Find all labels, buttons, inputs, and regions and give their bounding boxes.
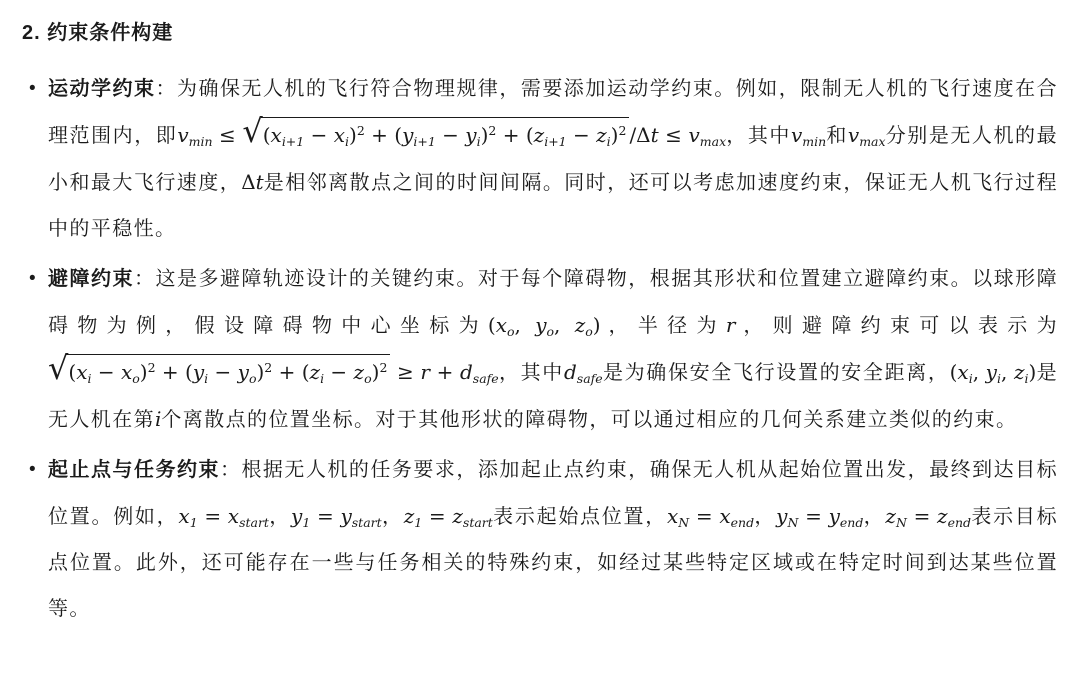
math-operator: + ( bbox=[365, 123, 402, 147]
math-operator: − bbox=[567, 123, 596, 147]
inline-math: √(xi − xo)2 + (yi − yo)2 + (zi − zo)2 ≥ … bbox=[48, 360, 499, 384]
math-operator: + ( bbox=[156, 360, 193, 384]
math-variable: y bbox=[193, 360, 204, 384]
math-variable: z bbox=[452, 504, 463, 528]
inline-math: r bbox=[726, 313, 736, 337]
math-operator: + ( bbox=[272, 360, 309, 384]
math-variable: d bbox=[460, 360, 473, 384]
sqrt-radical: √(xi − xo)2 + (yi − yo)2 + (zi − zo)2 bbox=[48, 352, 390, 384]
math-variable: x bbox=[334, 123, 345, 147]
math-operator: = bbox=[798, 504, 828, 528]
bullet-paragraph: 起止点与任务约束：根据无人机的任务要求，添加起止点约束，确保无人机从起始位置出发… bbox=[48, 459, 1058, 620]
math-operator: /Δ bbox=[629, 123, 650, 147]
bullet-list: •运动学约束：为确保无人机的飞行符合物理规律，需要添加运动学约束。例如，限制无人… bbox=[22, 66, 1058, 632]
inline-math: xN = xend bbox=[667, 504, 754, 528]
body-text: 个离散点的位置坐标。对于其他形状的障碍物，可以通过相应的几何关系建立类似的约束。 bbox=[161, 409, 1017, 431]
math-subscript: N bbox=[787, 515, 798, 530]
math-operator: = bbox=[422, 504, 452, 528]
math-subscript: end bbox=[731, 515, 754, 530]
math-variable: r bbox=[420, 360, 430, 384]
math-operator: = bbox=[310, 504, 340, 528]
math-subscript: o bbox=[547, 324, 555, 339]
math-variable: z bbox=[1014, 360, 1025, 384]
math-variable: x bbox=[957, 360, 968, 384]
math-subscript: N bbox=[896, 515, 907, 530]
math-variable: y bbox=[535, 313, 546, 337]
radicand: (xi+1 − xi)2 + (yi+1 − yi)2 + (zi+1 − zi… bbox=[261, 117, 630, 147]
bullet-label-colon: ： bbox=[134, 268, 156, 290]
math-subscript: N bbox=[678, 515, 689, 530]
math-subscript: min bbox=[189, 134, 213, 149]
math-subscript: i+1 bbox=[282, 134, 304, 149]
math-operator: + ( bbox=[496, 123, 533, 147]
math-subscript: max bbox=[700, 134, 726, 149]
math-subscript: max bbox=[859, 134, 885, 149]
math-subscript: o bbox=[364, 371, 372, 386]
math-subscript: o bbox=[132, 371, 140, 386]
math-operator: , bbox=[515, 313, 536, 337]
radical-icon: √ bbox=[48, 352, 68, 384]
body-text: 和 bbox=[826, 125, 848, 147]
math-variable: y bbox=[340, 504, 351, 528]
math-operator: − bbox=[208, 360, 237, 384]
math-variable: z bbox=[404, 504, 415, 528]
math-subscript: 1 bbox=[190, 515, 198, 530]
math-operator: ( bbox=[263, 123, 271, 147]
inline-math: z1 = zstart bbox=[404, 504, 493, 528]
bullet-marker-icon: • bbox=[29, 66, 36, 112]
math-variable: y bbox=[238, 360, 249, 384]
math-variable: v bbox=[688, 123, 699, 147]
math-subscript: start bbox=[352, 515, 382, 530]
bullet-item: •避障约束：这是多避障轨迹设计的关键约束。对于每个障碍物，根据其形状和位置建立避… bbox=[22, 256, 1058, 443]
math-operator: , bbox=[554, 313, 575, 337]
inline-math: zN = zend bbox=[885, 504, 971, 528]
bullet-label-colon: ： bbox=[220, 459, 242, 481]
bullet-item: •起止点与任务约束：根据无人机的任务要求，添加起止点约束，确保无人机从起始位置出… bbox=[22, 447, 1058, 632]
bullet-marker-icon: • bbox=[29, 447, 36, 493]
math-operator: − bbox=[436, 123, 465, 147]
bullet-label: 避障约束 bbox=[48, 268, 134, 290]
math-variable: x bbox=[719, 504, 730, 528]
math-subscript: safe bbox=[577, 371, 603, 386]
math-variable: y bbox=[986, 360, 997, 384]
math-variable: y bbox=[291, 504, 302, 528]
math-variable: y bbox=[829, 504, 840, 528]
math-operator: − bbox=[324, 360, 353, 384]
math-superscript: 2 bbox=[357, 123, 365, 138]
math-variable: d bbox=[564, 360, 577, 384]
math-operator: = bbox=[689, 504, 719, 528]
math-subscript: start bbox=[239, 515, 269, 530]
inline-math: vmin bbox=[791, 123, 826, 147]
math-variable: z bbox=[937, 504, 948, 528]
math-subscript: safe bbox=[473, 371, 499, 386]
bullet-label: 运动学约束 bbox=[48, 78, 155, 100]
math-operator: + bbox=[430, 360, 460, 384]
body-text: ，半径为 bbox=[601, 315, 726, 337]
math-superscript: 2 bbox=[148, 360, 156, 375]
bullet-paragraph: 避障约束：这是多避障轨迹设计的关键约束。对于每个障碍物，根据其形状和位置建立避障… bbox=[48, 268, 1058, 431]
bullet-item: •运动学约束：为确保无人机的飞行符合物理规律，需要添加运动学约束。例如，限制无人… bbox=[22, 66, 1058, 252]
bullet-paragraph: 运动学约束：为确保无人机的飞行符合物理规律，需要添加运动学约束。例如，限制无人机… bbox=[48, 78, 1058, 240]
math-variable: x bbox=[121, 360, 132, 384]
bullet-label: 起止点与任务约束 bbox=[48, 459, 220, 481]
math-variable: x bbox=[76, 360, 87, 384]
math-operator: ) bbox=[140, 360, 148, 384]
math-variable: z bbox=[534, 123, 545, 147]
document-page: 2. 约束条件构建 •运动学约束：为确保无人机的飞行符合物理规律，需要添加运动学… bbox=[0, 0, 1080, 632]
math-operator: ≤ bbox=[213, 123, 243, 147]
math-subscript: o bbox=[507, 324, 515, 339]
math-variable: x bbox=[178, 504, 189, 528]
math-variable: x bbox=[271, 123, 282, 147]
math-variable: r bbox=[726, 313, 736, 337]
math-operator: ) bbox=[349, 123, 357, 147]
math-variable: x bbox=[496, 313, 507, 337]
math-operator: ) bbox=[593, 313, 601, 337]
math-variable: y bbox=[402, 123, 413, 147]
body-text: ，则避障约束可以表示为 bbox=[735, 315, 1058, 337]
inline-math: y1 = ystart bbox=[291, 504, 382, 528]
math-operator: Δ bbox=[241, 170, 255, 194]
math-subscript: start bbox=[463, 515, 493, 530]
inline-math: Δt bbox=[241, 170, 264, 194]
math-variable: v bbox=[848, 123, 859, 147]
math-variable: t bbox=[256, 170, 264, 194]
math-operator: ≥ bbox=[390, 360, 420, 384]
math-operator: − bbox=[91, 360, 120, 384]
bullet-label-colon: ： bbox=[155, 78, 177, 100]
math-subscript: i+1 bbox=[413, 134, 435, 149]
math-variable: y bbox=[465, 123, 476, 147]
body-text: ，其中 bbox=[499, 362, 564, 384]
bullet-marker-icon: • bbox=[29, 256, 36, 302]
page-title: 2. 约束条件构建 bbox=[22, 18, 1058, 48]
inline-math: (xo, yo, zo) bbox=[488, 313, 601, 337]
math-variable: y bbox=[776, 504, 787, 528]
math-variable: x bbox=[228, 504, 239, 528]
math-operator: ≤ bbox=[659, 123, 689, 147]
radicand: (xi − xo)2 + (yi − yo)2 + (zi − zo)2 bbox=[66, 354, 390, 384]
math-variable: z bbox=[575, 313, 586, 337]
math-superscript: 2 bbox=[379, 360, 387, 375]
math-operator: , bbox=[1001, 360, 1014, 384]
radical-icon: √ bbox=[242, 115, 262, 147]
math-subscript: end bbox=[948, 515, 971, 530]
math-variable: z bbox=[596, 123, 607, 147]
math-operator: = bbox=[907, 504, 937, 528]
math-variable: z bbox=[354, 360, 365, 384]
math-subscript: o bbox=[585, 324, 593, 339]
math-variable: z bbox=[885, 504, 896, 528]
inline-math: (xi, yi, zi) bbox=[950, 360, 1037, 384]
math-variable: t bbox=[651, 123, 659, 147]
sqrt-radical: √(xi+1 − xi)2 + (yi+1 − yi)2 + (zi+1 − z… bbox=[242, 115, 629, 147]
inline-math: yN = yend bbox=[776, 504, 863, 528]
body-text: 是为确保安全飞行设置的安全距离， bbox=[603, 362, 950, 384]
math-variable: v bbox=[791, 123, 802, 147]
math-operator: , bbox=[973, 360, 986, 384]
math-variable: z bbox=[310, 360, 321, 384]
math-subscript: i+1 bbox=[544, 134, 566, 149]
inline-math: vmin ≤ √(xi+1 − xi)2 + (yi+1 − yi)2 + (z… bbox=[177, 123, 726, 147]
math-operator: ( bbox=[488, 313, 496, 337]
math-operator: − bbox=[304, 123, 333, 147]
math-subscript: min bbox=[802, 134, 826, 149]
inline-math: x1 = xstart bbox=[178, 504, 269, 528]
inline-math: vmax bbox=[848, 123, 886, 147]
inline-math: dsafe bbox=[564, 360, 603, 384]
body-text: ， bbox=[863, 506, 885, 528]
math-variable: v bbox=[177, 123, 188, 147]
math-variable: x bbox=[667, 504, 678, 528]
body-text: ，其中 bbox=[726, 125, 791, 147]
body-text: ， bbox=[382, 506, 404, 528]
math-superscript: 2 bbox=[618, 123, 626, 138]
body-text: ， bbox=[269, 506, 291, 528]
math-operator: = bbox=[198, 504, 228, 528]
math-subscript: end bbox=[840, 515, 863, 530]
body-text: 表示起始点位置， bbox=[493, 506, 667, 528]
body-text: ， bbox=[754, 506, 776, 528]
